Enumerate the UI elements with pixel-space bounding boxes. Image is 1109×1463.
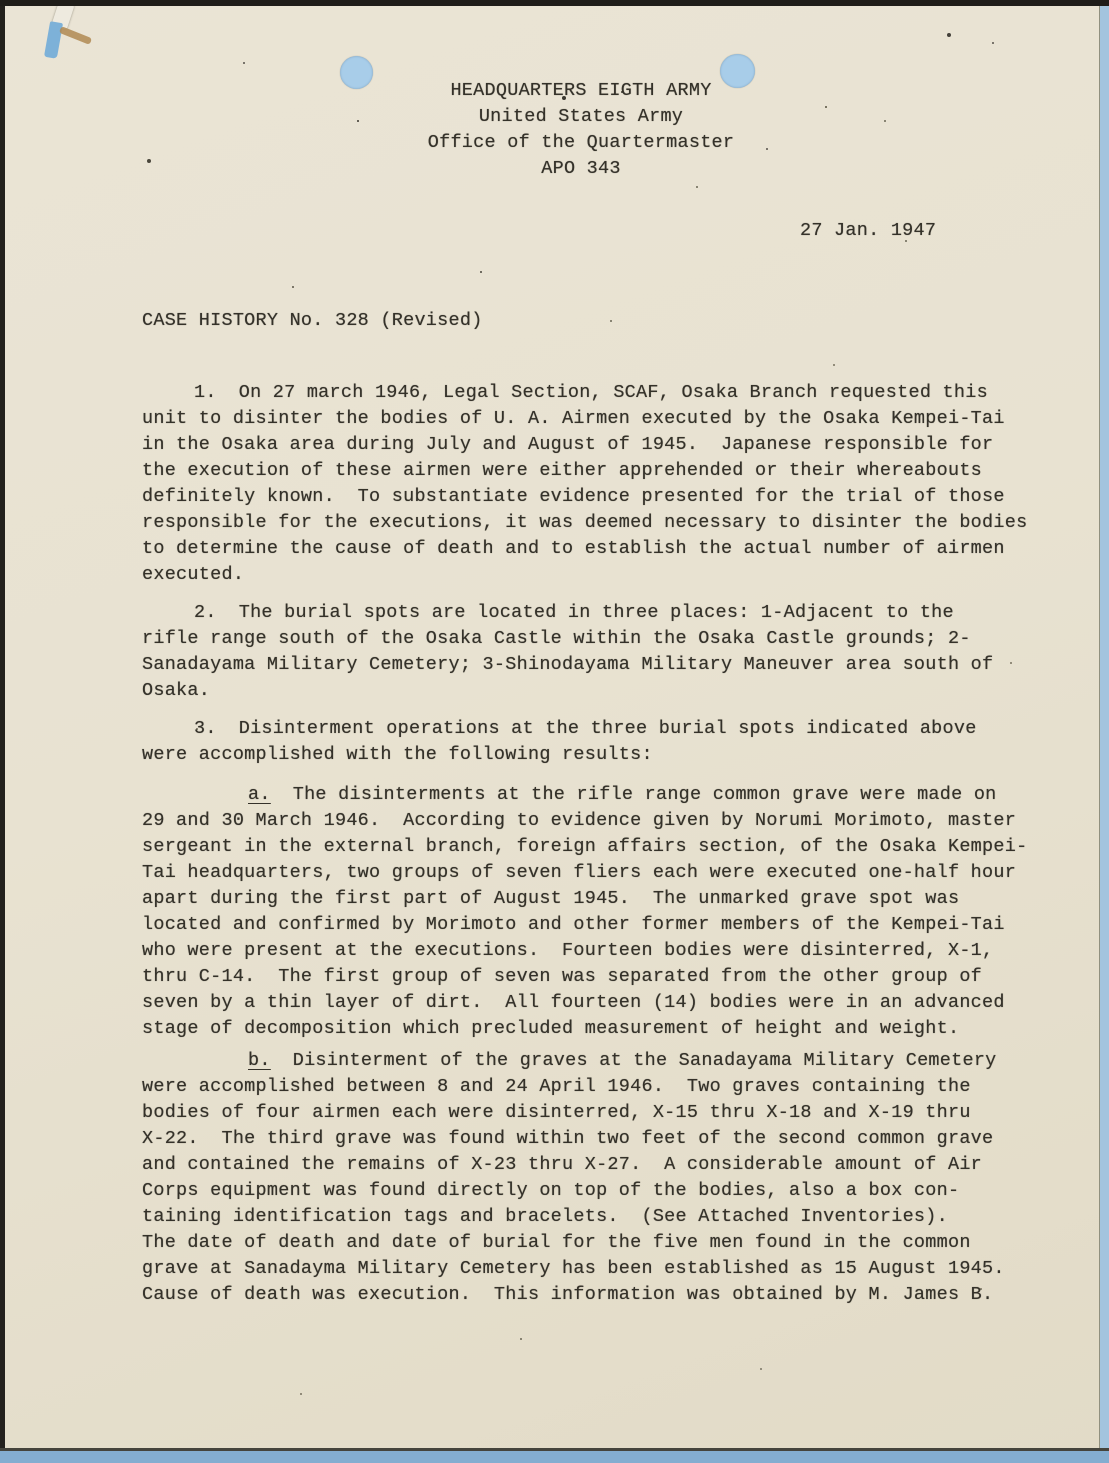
blue-backing-right-edge [1099,6,1109,1451]
letterhead-line-2: United States Army [142,104,1020,130]
paragraph-text: seven by a thin layer of dirt. All fourt… [142,990,1020,1016]
paragraph-1-first-line: 1.On 27 march 1946, Legal Section, SCAF,… [142,380,1020,406]
paragraph-text: grave at Sanadayma Military Cemetery has… [142,1256,1020,1282]
paragraph-2-first-line: 2.The burial spots are located in three … [142,600,1020,626]
paragraph-text: Osaka. [142,678,1020,704]
paragraph-text: definitely known. To substantiate eviden… [142,484,1020,510]
paragraph-1: 1.On 27 march 1946, Legal Section, SCAF,… [142,380,1020,588]
paragraph-text: The date of death and date of burial for… [142,1230,1020,1256]
paragraph-text: X-22. The third grave was found within t… [142,1126,1020,1152]
paragraph-text: On 27 march 1946, Legal Section, SCAF, O… [239,382,988,403]
paragraph-text: the execution of these airmen were eithe… [142,458,1020,484]
paragraph-3: 3.Disinterment operations at the three b… [142,716,1020,768]
paragraph-text: The burial spots are located in three pl… [239,602,954,623]
paragraph-1-number: 1. [194,380,217,406]
subparagraph-b-letter: b. [248,1048,271,1074]
document-body: HEADQUARTERS EIGTH ARMY United States Ar… [142,0,1020,1308]
scan-edge-top [0,0,1109,6]
letterhead-line-4: APO 343 [142,156,1020,182]
paragraph-text: 29 and 30 March 1946. According to evide… [142,808,1020,834]
paragraph-text: who were present at the executions. Four… [142,938,1020,964]
letterhead-line-1: HEADQUARTERS EIGTH ARMY [142,78,1020,104]
paragraph-3-number: 3. [194,716,217,742]
paragraph-text: Sanadayama Military Cemetery; 3-Shinoday… [142,652,1020,678]
case-title: CASE HISTORY No. 328 (Revised) [142,308,1020,334]
paragraph-text: to determine the cause of death and to e… [142,536,1020,562]
paragraph-text: located and confirmed by Morimoto and ot… [142,912,1020,938]
letterhead-line-3: Office of the Quartermaster [142,130,1020,156]
paragraph-text: Disinterment operations at the three bur… [239,718,977,739]
paragraph-text: Disinterment of the graves at the Sanada… [293,1050,997,1071]
paragraph-text: in the Osaka area during July and August… [142,432,1020,458]
scan-edge-left [0,0,5,1463]
paragraph-text: thru C-14. The first group of seven was … [142,964,1020,990]
subparagraph-a-letter: a. [248,782,271,808]
paragraph-text: were accomplished between 8 and 24 April… [142,1074,1020,1100]
paragraph-text: Cause of death was execution. This infor… [142,1282,1020,1308]
paragraph-text: Corps equipment was found directly on to… [142,1178,1020,1204]
stain-mark [59,26,92,45]
paragraph-text: apart during the first part of August 19… [142,886,1020,912]
subparagraph-b: b.Disinterment of the graves at the Sana… [142,1048,1020,1308]
paragraph-text: were accomplished with the following res… [142,742,1020,768]
paragraph-text: The disinterments at the rifle range com… [293,784,997,805]
paragraph-text: stage of decomposition which precluded m… [142,1016,1020,1042]
paragraph-text: and contained the remains of X-23 thru X… [142,1152,1020,1178]
paragraph-text: executed. [142,562,1020,588]
paragraph-text: taining identification tags and bracelet… [142,1204,1020,1230]
paragraph-2-number: 2. [194,600,217,626]
paragraph-text: Tai headquarters, two groups of seven fl… [142,860,1020,886]
subparagraph-b-first-line: b.Disinterment of the graves at the Sana… [142,1048,1020,1074]
document-date: 27 Jan. 1947 [800,218,1020,244]
blue-backing-bottom-edge [0,1448,1109,1463]
paragraph-text: bodies of four airmen each were disinter… [142,1100,1020,1126]
paragraph-3-first-line: 3.Disinterment operations at the three b… [142,716,1020,742]
scanned-document-page: HEADQUARTERS EIGTH ARMY United States Ar… [0,0,1109,1463]
paragraph-text: rifle range south of the Osaka Castle wi… [142,626,1020,652]
paragraph-2: 2.The burial spots are located in three … [142,600,1020,704]
subparagraph-a-first-line: a.The disinterments at the rifle range c… [142,782,1020,808]
letterhead: HEADQUARTERS EIGTH ARMY United States Ar… [142,78,1020,182]
paragraph-text: responsible for the executions, it was d… [142,510,1020,536]
paragraph-text: sergeant in the external branch, foreign… [142,834,1020,860]
subparagraph-a: a.The disinterments at the rifle range c… [142,782,1020,1042]
paragraph-text: unit to disinter the bodies of U. A. Air… [142,406,1020,432]
